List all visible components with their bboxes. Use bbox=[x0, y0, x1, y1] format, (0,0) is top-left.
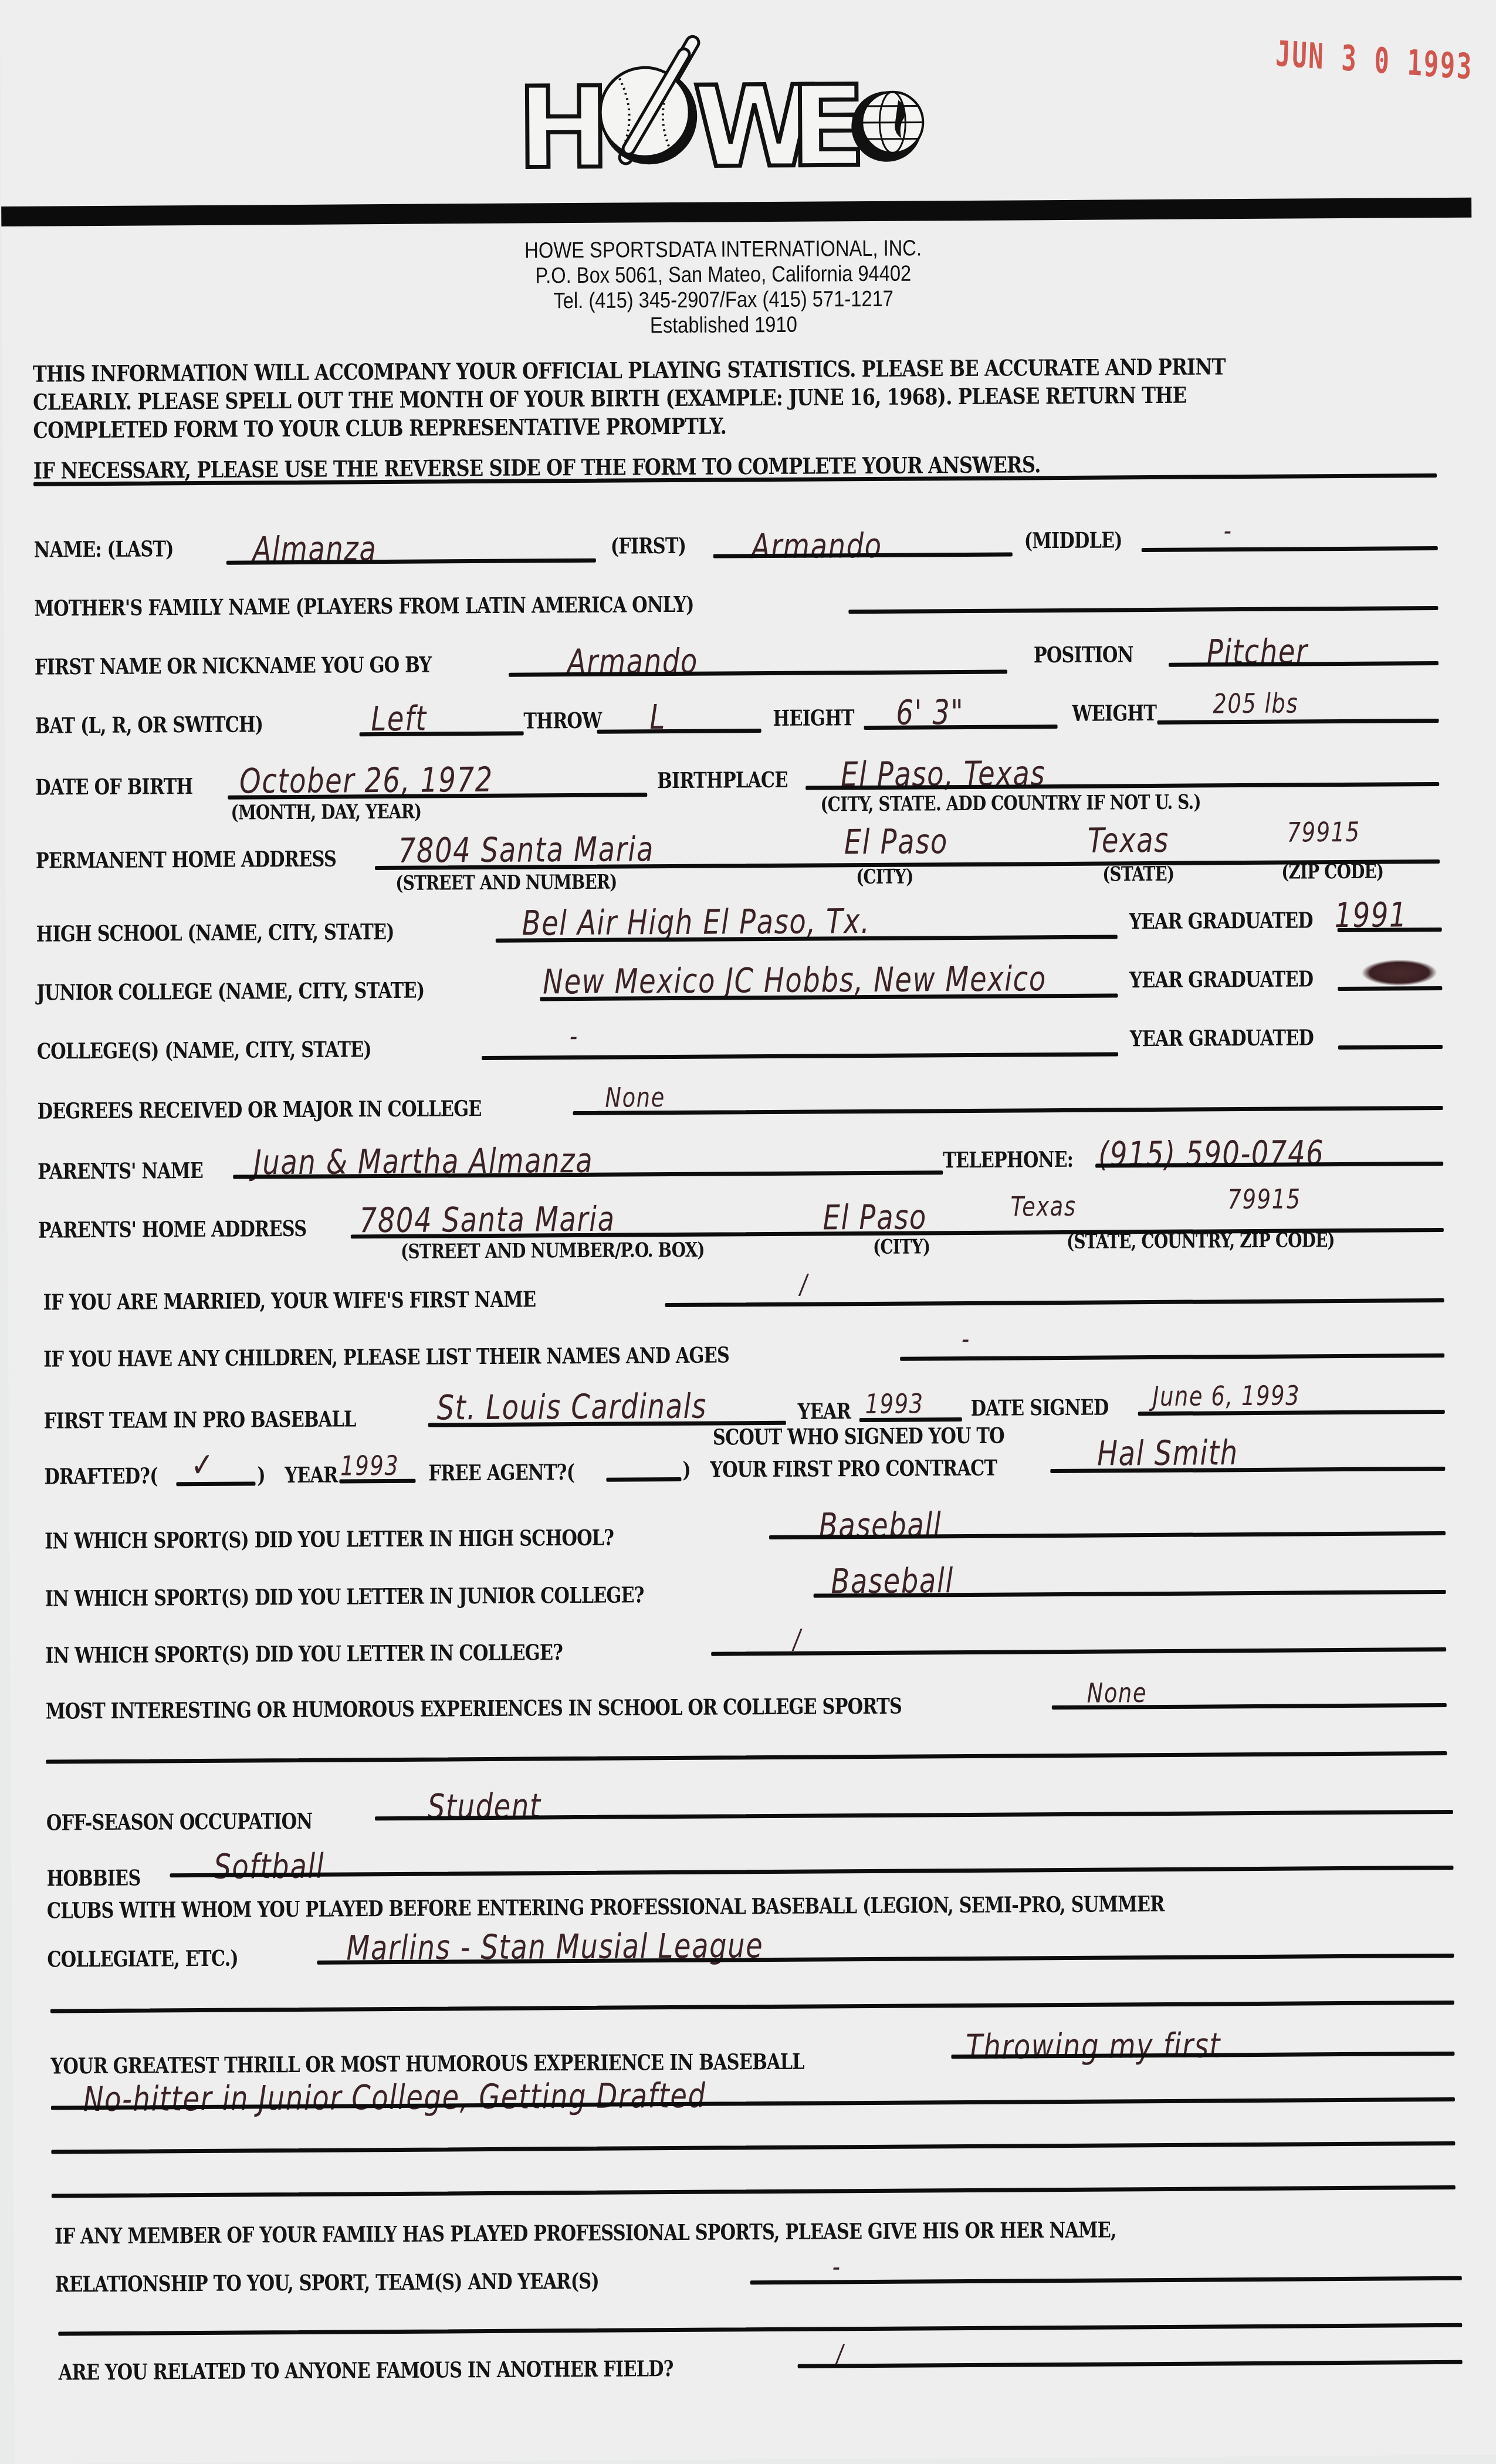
letter-hs-label: IN WHICH SPORT(S) DID YOU LETTER IN HIGH… bbox=[45, 1525, 614, 1554]
thrill-line-4[interactable] bbox=[52, 2185, 1456, 2198]
degrees-value[interactable]: None bbox=[605, 1081, 665, 1113]
home-state-value[interactable]: Texas bbox=[1088, 820, 1170, 861]
height-line bbox=[864, 725, 1058, 730]
header-divider-bar bbox=[1, 198, 1471, 226]
drafted-checkmark[interactable]: ✓ bbox=[191, 1445, 215, 1485]
clubs-extra-line[interactable] bbox=[50, 2001, 1454, 2013]
famous-label: ARE YOU RELATED TO ANYONE FAMOUS IN ANOT… bbox=[59, 2355, 673, 2385]
college-year-label: YEAR GRADUATED bbox=[1130, 1024, 1314, 1051]
junior-college-year-scribble[interactable] bbox=[1361, 959, 1437, 986]
date-signed-value[interactable]: June 6, 1993 bbox=[1152, 1380, 1300, 1413]
college-line bbox=[482, 1052, 1118, 1060]
position-label: POSITION bbox=[1034, 641, 1133, 668]
letter-college-line bbox=[711, 1647, 1446, 1656]
degrees-line bbox=[573, 1106, 1443, 1115]
home-zip-sublabel: (ZIP CODE) bbox=[1281, 860, 1383, 884]
thrill-value-line-2[interactable]: No-hitter in Junior College, Getting Dra… bbox=[83, 2076, 706, 2119]
home-city-value[interactable]: El Paso bbox=[844, 821, 949, 862]
instructions-line-1: THIS INFORMATION WILL ACCOMPANY YOUR OFF… bbox=[33, 353, 1226, 387]
logo-letter-h: H bbox=[517, 63, 611, 179]
thrill-line-3[interactable] bbox=[51, 2141, 1455, 2154]
telephone-label: TELEPHONE: bbox=[943, 1146, 1073, 1173]
first-team-year-label: YEAR bbox=[798, 1398, 851, 1424]
first-team-year-line bbox=[859, 1417, 962, 1422]
junior-college-year-line bbox=[1338, 986, 1442, 991]
first-team-label: FIRST TEAM IN PRO BASEBALL bbox=[44, 1406, 356, 1433]
home-address-label: PERMANENT HOME ADDRESS bbox=[36, 846, 336, 874]
parents-zip-value[interactable]: 79915 bbox=[1227, 1183, 1301, 1215]
company-address: P.O. Box 5061, San Mateo, California 944… bbox=[496, 261, 950, 289]
college-label: COLLEGE(S) (NAME, CITY, STATE) bbox=[37, 1036, 371, 1064]
college-value[interactable]: - bbox=[570, 1020, 578, 1052]
parents-state-zip-sublabel: (STATE, COUNTRY, ZIP CODE) bbox=[1067, 1228, 1335, 1254]
wife-value[interactable]: / bbox=[800, 1268, 808, 1300]
children-value[interactable]: - bbox=[962, 1323, 970, 1355]
howe-logo: H W E bbox=[516, 29, 928, 178]
instructions-line-2: CLEARLY. PLEASE SPELL OUT THE MONTH OF Y… bbox=[33, 382, 1186, 415]
family-pro-extra-line[interactable] bbox=[58, 2323, 1462, 2336]
name-first-value[interactable]: Armando bbox=[752, 526, 882, 566]
free-agent-line[interactable] bbox=[606, 1477, 681, 1482]
home-state-sublabel: (STATE) bbox=[1102, 862, 1174, 886]
position-line bbox=[1169, 661, 1439, 667]
date-signed-label: DATE SIGNED bbox=[971, 1395, 1109, 1421]
home-street-sublabel: (STREET AND NUMBER) bbox=[395, 871, 617, 895]
occupation-label: OFF-SEASON OCCUPATION bbox=[46, 1808, 313, 1836]
scout-label: YOUR FIRST PRO CONTRACT bbox=[710, 1455, 997, 1483]
family-pro-value[interactable]: - bbox=[832, 2250, 841, 2282]
birthplace-sublabel: (CITY, STATE. ADD COUNTRY IF NOT U. S.) bbox=[820, 791, 1201, 817]
drafted-year-label: YEAR bbox=[285, 1462, 338, 1488]
home-city-sublabel: (CITY) bbox=[856, 865, 913, 889]
scout-label-top: SCOUT WHO SIGNED YOU TO bbox=[713, 1423, 1004, 1450]
height-label: HEIGHT bbox=[773, 705, 854, 731]
drafted-line bbox=[176, 1481, 255, 1486]
telephone-value[interactable]: (915) 590-0746 bbox=[1098, 1133, 1325, 1174]
weight-line bbox=[1157, 719, 1439, 725]
birthplace-label: BIRTHPLACE bbox=[657, 767, 788, 793]
letter-hs-value[interactable]: Baseball bbox=[819, 1505, 942, 1545]
family-pro-label-2: RELATIONSHIP TO YOU, SPORT, TEAM(S) AND … bbox=[55, 2268, 599, 2297]
high-school-year-label: YEAR GRADUATED bbox=[1129, 907, 1312, 934]
interesting-label: MOST INTERESTING OR HUMOROUS EXPERIENCES… bbox=[46, 1693, 902, 1724]
instructions-line-3: COMPLETED FORM TO YOUR CLUB REPRESENTATI… bbox=[33, 412, 726, 443]
bat-line bbox=[360, 732, 524, 737]
throw-line bbox=[597, 729, 761, 734]
name-middle-line bbox=[1142, 546, 1438, 552]
clubs-label-2: COLLEGIATE, ETC.) bbox=[47, 1945, 238, 1972]
company-established: Established 1910 bbox=[496, 312, 950, 340]
letter-college-value[interactable]: / bbox=[793, 1623, 801, 1655]
home-zip-value[interactable]: 79915 bbox=[1287, 816, 1360, 848]
junior-college-label: JUNIOR COLLEGE (NAME, CITY, STATE) bbox=[36, 977, 424, 1006]
scout-value[interactable]: Hal Smith bbox=[1097, 1433, 1238, 1473]
company-phone: Tel. (415) 345-2907/Fax (415) 571-1217 bbox=[496, 286, 950, 314]
drafted-label: DRAFTED?( bbox=[44, 1463, 158, 1489]
throw-label: THROW bbox=[523, 708, 601, 734]
name-last-label: NAME: (LAST) bbox=[34, 536, 174, 562]
mothers-family-name-label: MOTHER'S FAMILY NAME (PLAYERS FROM LATIN… bbox=[34, 591, 694, 621]
parents-street-sublabel: (STREET AND NUMBER/P.O. BOX) bbox=[401, 1238, 705, 1264]
dob-label: DATE OF BIRTH bbox=[35, 773, 192, 800]
drafted-close: ) bbox=[257, 1462, 265, 1488]
globe-icon bbox=[851, 91, 923, 162]
famous-line bbox=[798, 2360, 1463, 2368]
company-name: HOWE SPORTSDATA INTERNATIONAL, INC. bbox=[496, 236, 950, 264]
first-team-year-value[interactable]: 1993 bbox=[865, 1387, 923, 1420]
wife-label: IF YOU ARE MARRIED, YOUR WIFE'S FIRST NA… bbox=[43, 1286, 536, 1315]
drafted-year-value[interactable]: 1993 bbox=[340, 1450, 399, 1482]
dob-sublabel: (MONTH, DAY, YEAR) bbox=[231, 800, 421, 825]
nickname-label: FIRST NAME OR NICKNAME YOU GO BY bbox=[35, 652, 432, 680]
family-pro-line bbox=[750, 2276, 1462, 2284]
weight-value[interactable]: 205 lbs bbox=[1213, 688, 1298, 720]
drafted-year-line bbox=[339, 1479, 415, 1484]
family-pro-label-1: IF ANY MEMBER OF YOUR FAMILY HAS PLAYED … bbox=[55, 2216, 1116, 2249]
bat-label: BAT (L, R, OR SWITCH) bbox=[35, 711, 263, 738]
name-first-label: (FIRST) bbox=[611, 533, 686, 559]
parents-state-value[interactable]: Texas bbox=[1010, 1190, 1076, 1223]
parents-name-label: PARENTS' NAME bbox=[38, 1157, 203, 1184]
parents-city-sublabel: (CITY) bbox=[873, 1235, 930, 1259]
hobbies-line bbox=[170, 1866, 1454, 1877]
children-label: IF YOU HAVE ANY CHILDREN, PLEASE LIST TH… bbox=[43, 1342, 729, 1372]
hobbies-value[interactable]: Softball bbox=[214, 1846, 324, 1887]
letter-college-label: IN WHICH SPORT(S) DID YOU LETTER IN COLL… bbox=[45, 1639, 563, 1668]
interesting-value[interactable]: None bbox=[1087, 1677, 1147, 1709]
free-agent-label: FREE AGENT?( bbox=[428, 1459, 574, 1486]
player-questionnaire-form: H W E JUN 3 0 1993 HOWE SPORTSDATA INTER… bbox=[0, 0, 1496, 2464]
thrill-label: YOUR GREATEST THRILL OR MOST HUMOROUS EX… bbox=[50, 2049, 804, 2079]
hobbies-label: HOBBIES bbox=[46, 1865, 140, 1891]
letter-jc-label: IN WHICH SPORT(S) DID YOU LETTER IN JUNI… bbox=[45, 1582, 644, 1611]
college-year-line[interactable] bbox=[1338, 1045, 1443, 1050]
parents-address-label: PARENTS' HOME ADDRESS bbox=[38, 1216, 307, 1243]
occupation-value[interactable]: Student bbox=[428, 1786, 541, 1826]
free-agent-close: ) bbox=[682, 1457, 691, 1483]
interesting-extra-line[interactable] bbox=[46, 1751, 1447, 1764]
children-line bbox=[900, 1353, 1444, 1361]
junior-college-year-label: YEAR GRADUATED bbox=[1129, 966, 1313, 993]
high-school-year-line bbox=[1338, 928, 1442, 932]
high-school-label: HIGH SCHOOL (NAME, CITY, STATE) bbox=[36, 919, 394, 947]
received-date-stamp: JUN 3 0 1993 bbox=[1275, 33, 1474, 88]
name-middle-label: (MIDDLE) bbox=[1024, 527, 1122, 553]
clubs-label-1: CLUBS WITH WHOM YOU PLAYED BEFORE ENTERI… bbox=[47, 1891, 1165, 1924]
weight-label: WEIGHT bbox=[1072, 700, 1156, 726]
degrees-label: DEGREES RECEIVED OR MAJOR IN COLLEGE bbox=[37, 1095, 481, 1124]
mothers-family-name-line[interactable] bbox=[848, 606, 1438, 614]
thrill-value-line-1[interactable]: Throwing my first bbox=[966, 2025, 1221, 2067]
wife-line bbox=[665, 1298, 1444, 1307]
name-middle-value[interactable]: - bbox=[1223, 515, 1232, 546]
